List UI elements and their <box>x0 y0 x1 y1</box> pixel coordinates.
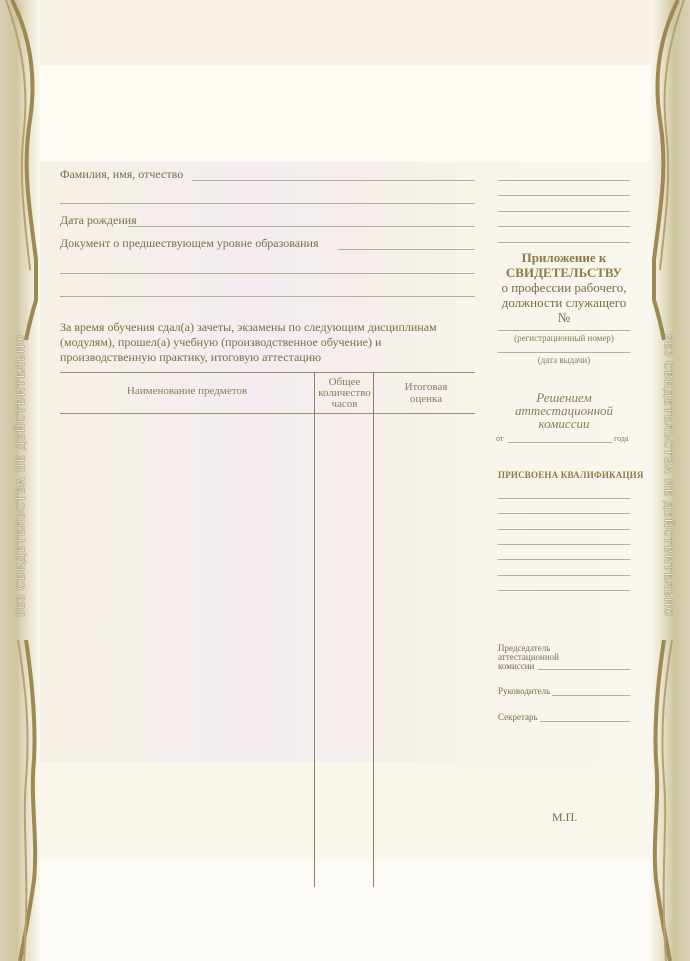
qualification-line[interactable] <box>498 498 630 499</box>
qualification-heading: ПРИСВОЕНА КВАЛИФИКАЦИЯ <box>498 470 644 480</box>
qualification-line[interactable] <box>498 529 630 530</box>
appendix-title-line1: Приложение к <box>494 250 634 265</box>
qualification-line[interactable] <box>498 590 630 591</box>
reg-number-field[interactable] <box>498 330 630 331</box>
full-name-field[interactable] <box>192 180 475 181</box>
table-top-border <box>60 372 475 373</box>
seal-label: М.П. <box>552 810 577 825</box>
decision-line3: комиссии <box>494 417 634 430</box>
appendix-title-line4: должности служащего <box>494 295 634 310</box>
decision-date-field[interactable] <box>508 442 612 443</box>
from-label: от <box>496 434 503 443</box>
qualification-line[interactable] <box>498 544 630 545</box>
background-band <box>40 0 650 65</box>
head-signature-field[interactable] <box>552 695 630 696</box>
appendix-title-line2: СВИДЕТЕЛЬСТВУ <box>494 265 634 280</box>
column-header-hours: Общее количество часов <box>316 377 373 410</box>
prev-education-field-line2[interactable] <box>60 273 475 274</box>
chairman-label: Председатель аттестационной комиссии <box>498 644 559 671</box>
background-band <box>40 65 650 162</box>
qualification-line[interactable] <box>498 559 630 560</box>
qualification-line[interactable] <box>498 575 630 576</box>
header-line[interactable] <box>498 226 630 227</box>
appendix-title-line3: о профессии рабочего, <box>494 280 634 295</box>
appendix-title: Приложение к СВИДЕТЕЛЬСТВУ о профессии р… <box>494 250 634 325</box>
birth-date-field[interactable] <box>128 226 475 227</box>
header-line[interactable] <box>498 180 630 181</box>
secretary-signature-field[interactable] <box>540 721 630 722</box>
qualification-line[interactable] <box>498 513 630 514</box>
intro-text: За время обучения сдал(а) зачеты, экзаме… <box>60 320 480 365</box>
header-line[interactable] <box>498 211 630 212</box>
table-body[interactable] <box>60 414 475 887</box>
number-sign: № <box>494 310 634 325</box>
full-name-label: Фамилия, имя, отчество <box>60 167 183 182</box>
header-line[interactable] <box>498 242 630 243</box>
head-label: Руководитель <box>498 687 550 696</box>
reg-number-caption: (регистрационный номер) <box>494 333 634 343</box>
column-header-subject: Наименование предметов <box>60 386 314 397</box>
issue-date-caption: (дата выдачи) <box>494 355 634 365</box>
header-line[interactable] <box>498 195 630 196</box>
prev-education-label: Документ о предшествующем уровне образов… <box>60 236 319 251</box>
border-warning-left: БЕЗ СВИДЕТЕЛЬСТВА НЕ ДЕЙСТВИТЕЛЬНО <box>10 310 32 640</box>
year-label: года <box>614 434 628 443</box>
prev-education-field[interactable] <box>338 249 475 250</box>
secretary-label: Секретарь <box>498 713 538 722</box>
chairman-signature-field[interactable] <box>538 669 630 670</box>
full-name-field-line2[interactable] <box>60 203 475 204</box>
decision-text: Решением аттестационной комиссии <box>494 391 634 430</box>
issue-date-field[interactable] <box>498 352 630 353</box>
border-warning-right: БЕЗ СВИДЕТЕЛЬСТВА НЕ ДЕЙСТВИТЕЛЬНО <box>658 310 680 640</box>
prev-education-field-line3[interactable] <box>60 296 475 297</box>
column-header-grade: Итоговая оценка <box>376 381 476 405</box>
birth-date-label: Дата рождения <box>60 213 137 228</box>
